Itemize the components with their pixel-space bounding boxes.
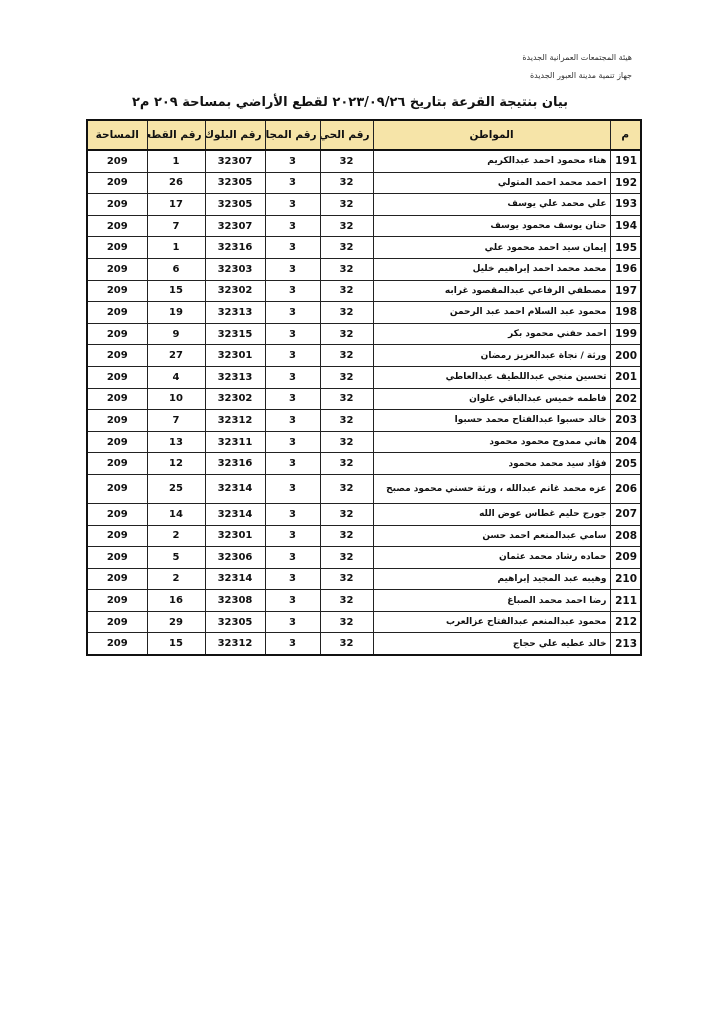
plot-number: 5 bbox=[147, 547, 205, 569]
table-row: 204هاني ممدوح محمود محمود3233231113209 bbox=[87, 431, 641, 453]
citizen-name: خالد حسبوا عبدالفتاح محمد حسبوا bbox=[373, 410, 610, 432]
row-number: 198 bbox=[610, 302, 641, 324]
row-number: 201 bbox=[610, 366, 641, 388]
row-number: 199 bbox=[610, 323, 641, 345]
neighborhood-number: 3 bbox=[265, 547, 320, 569]
citizen-name: احمد حفني محمود بكر bbox=[373, 323, 610, 345]
row-number: 202 bbox=[610, 388, 641, 410]
block-number: 32302 bbox=[205, 388, 265, 410]
col-header-area: المساحة bbox=[87, 120, 147, 150]
area-value: 209 bbox=[87, 150, 147, 172]
neighborhood-number: 3 bbox=[265, 453, 320, 475]
district-number: 32 bbox=[320, 280, 373, 302]
area-value: 209 bbox=[87, 237, 147, 259]
row-number: 194 bbox=[610, 215, 641, 237]
block-number: 32312 bbox=[205, 633, 265, 655]
row-number: 192 bbox=[610, 172, 641, 194]
table-row: 192احمد محمد احمد المتولي3233230526209 bbox=[87, 172, 641, 194]
neighborhood-number: 3 bbox=[265, 503, 320, 525]
plot-number: 6 bbox=[147, 258, 205, 280]
table-row: 197مصطفي الرفاعي عبدالمقصود غرابه3233230… bbox=[87, 280, 641, 302]
citizen-name: محمود عبدالمنعم عبدالفتاح عزالعرب bbox=[373, 611, 610, 633]
district-number: 32 bbox=[320, 410, 373, 432]
row-number: 210 bbox=[610, 568, 641, 590]
block-number: 32314 bbox=[205, 568, 265, 590]
block-number: 32306 bbox=[205, 547, 265, 569]
block-number: 32305 bbox=[205, 611, 265, 633]
citizen-name: علي محمد علي يوسف bbox=[373, 194, 610, 216]
citizen-name: محمود عبد السلام احمد عبد الرحمن bbox=[373, 302, 610, 324]
org-subunit: جهاز تنمية مدينة العبور الجديدة bbox=[530, 71, 632, 80]
neighborhood-number: 3 bbox=[265, 345, 320, 367]
area-value: 209 bbox=[87, 611, 147, 633]
table-row: 193علي محمد علي يوسف3233230517209 bbox=[87, 194, 641, 216]
neighborhood-number: 3 bbox=[265, 172, 320, 194]
block-number: 32303 bbox=[205, 258, 265, 280]
block-number: 32316 bbox=[205, 453, 265, 475]
area-value: 209 bbox=[87, 258, 147, 280]
plot-number: 16 bbox=[147, 590, 205, 612]
neighborhood-number: 3 bbox=[265, 366, 320, 388]
neighborhood-number: 3 bbox=[265, 633, 320, 655]
area-value: 209 bbox=[87, 388, 147, 410]
district-number: 32 bbox=[320, 474, 373, 503]
area-value: 209 bbox=[87, 323, 147, 345]
block-number: 32316 bbox=[205, 237, 265, 259]
plot-number: 9 bbox=[147, 323, 205, 345]
block-number: 32314 bbox=[205, 503, 265, 525]
table-row: 194حنان يوسف محمود يوسف323323077209 bbox=[87, 215, 641, 237]
area-value: 209 bbox=[87, 568, 147, 590]
neighborhood-number: 3 bbox=[265, 568, 320, 590]
plot-number: 1 bbox=[147, 237, 205, 259]
table-row: 209حماده رشاد محمد عثمان323323065209 bbox=[87, 547, 641, 569]
neighborhood-number: 3 bbox=[265, 388, 320, 410]
neighborhood-number: 3 bbox=[265, 150, 320, 172]
district-number: 32 bbox=[320, 150, 373, 172]
area-value: 209 bbox=[87, 547, 147, 569]
block-number: 32314 bbox=[205, 474, 265, 503]
row-number: 203 bbox=[610, 410, 641, 432]
area-value: 209 bbox=[87, 280, 147, 302]
citizen-name: تحسين منجي عبداللطيف عبدالعاطي bbox=[373, 366, 610, 388]
table-row: 195إيمان سيد احمد محمود علي323323161209 bbox=[87, 237, 641, 259]
citizen-name: هناء محمود احمد عبدالكريم bbox=[373, 150, 610, 172]
table-row: 205فؤاد سيد محمد محمود3233231612209 bbox=[87, 453, 641, 475]
table-row: 212محمود عبدالمنعم عبدالفتاح عزالعرب3233… bbox=[87, 611, 641, 633]
col-header-block: رقم البلوك bbox=[205, 120, 265, 150]
plot-number: 13 bbox=[147, 431, 205, 453]
area-value: 209 bbox=[87, 366, 147, 388]
row-number: 197 bbox=[610, 280, 641, 302]
table-row: 196محمد محمد احمد إبراهيم خليل3233230362… bbox=[87, 258, 641, 280]
block-number: 32313 bbox=[205, 302, 265, 324]
row-number: 193 bbox=[610, 194, 641, 216]
neighborhood-number: 3 bbox=[265, 323, 320, 345]
area-value: 209 bbox=[87, 431, 147, 453]
neighborhood-number: 3 bbox=[265, 525, 320, 547]
area-value: 209 bbox=[87, 410, 147, 432]
area-value: 209 bbox=[87, 503, 147, 525]
district-number: 32 bbox=[320, 568, 373, 590]
citizen-name: ورثة / نجاة عبدالعزيز رمضان bbox=[373, 345, 610, 367]
plot-number: 14 bbox=[147, 503, 205, 525]
row-number: 204 bbox=[610, 431, 641, 453]
plot-number: 10 bbox=[147, 388, 205, 410]
district-number: 32 bbox=[320, 453, 373, 475]
district-number: 32 bbox=[320, 611, 373, 633]
neighborhood-number: 3 bbox=[265, 431, 320, 453]
col-header-no: م bbox=[610, 120, 641, 150]
district-number: 32 bbox=[320, 345, 373, 367]
plot-number: 2 bbox=[147, 525, 205, 547]
org-name: هيئة المجتمعات العمرانية الجديدة bbox=[522, 53, 632, 62]
block-number: 32308 bbox=[205, 590, 265, 612]
district-number: 32 bbox=[320, 194, 373, 216]
citizen-name: مصطفي الرفاعي عبدالمقصود غرابه bbox=[373, 280, 610, 302]
area-value: 209 bbox=[87, 474, 147, 503]
district-number: 32 bbox=[320, 547, 373, 569]
table-row: 206عزه محمد غانم عبدالله ، ورثة حسني محم… bbox=[87, 474, 641, 503]
citizen-name: حماده رشاد محمد عثمان bbox=[373, 547, 610, 569]
citizen-name: حنان يوسف محمود يوسف bbox=[373, 215, 610, 237]
table-row: 200ورثة / نجاة عبدالعزيز رمضان3233230127… bbox=[87, 345, 641, 367]
citizen-name: هاني ممدوح محمود محمود bbox=[373, 431, 610, 453]
plot-number: 19 bbox=[147, 302, 205, 324]
area-value: 209 bbox=[87, 453, 147, 475]
plot-number: 2 bbox=[147, 568, 205, 590]
block-number: 32315 bbox=[205, 323, 265, 345]
table-row: 207جورج حليم غطاس عوض الله3233231414209 bbox=[87, 503, 641, 525]
plot-number: 1 bbox=[147, 150, 205, 172]
area-value: 209 bbox=[87, 590, 147, 612]
citizen-name: فاطمه خميس عبدالباقي علوان bbox=[373, 388, 610, 410]
district-number: 32 bbox=[320, 525, 373, 547]
block-number: 32307 bbox=[205, 215, 265, 237]
citizen-name: جورج حليم غطاس عوض الله bbox=[373, 503, 610, 525]
district-number: 32 bbox=[320, 302, 373, 324]
neighborhood-number: 3 bbox=[265, 258, 320, 280]
row-number: 200 bbox=[610, 345, 641, 367]
district-number: 32 bbox=[320, 503, 373, 525]
row-number: 208 bbox=[610, 525, 641, 547]
row-number: 195 bbox=[610, 237, 641, 259]
block-number: 32311 bbox=[205, 431, 265, 453]
table-row: 213خالد عطيه علي حجاج3233231215209 bbox=[87, 633, 641, 655]
citizen-name: سامي عبدالمنعم احمد حسن bbox=[373, 525, 610, 547]
block-number: 32312 bbox=[205, 410, 265, 432]
neighborhood-number: 3 bbox=[265, 194, 320, 216]
plot-number: 26 bbox=[147, 172, 205, 194]
table-row: 201تحسين منجي عبداللطيف عبدالعاطي3233231… bbox=[87, 366, 641, 388]
district-number: 32 bbox=[320, 366, 373, 388]
citizen-name: إيمان سيد احمد محمود علي bbox=[373, 237, 610, 259]
table-header-row: م المواطن رقم الحي رقم المجاورة رقم البل… bbox=[87, 120, 641, 150]
district-number: 32 bbox=[320, 237, 373, 259]
area-value: 209 bbox=[87, 215, 147, 237]
block-number: 32305 bbox=[205, 194, 265, 216]
row-number: 211 bbox=[610, 590, 641, 612]
citizen-name: وهيبه عبد المجيد إبراهيم bbox=[373, 568, 610, 590]
results-table: م المواطن رقم الحي رقم المجاورة رقم البل… bbox=[86, 119, 642, 656]
plot-number: 29 bbox=[147, 611, 205, 633]
block-number: 32302 bbox=[205, 280, 265, 302]
row-number: 212 bbox=[610, 611, 641, 633]
block-number: 32313 bbox=[205, 366, 265, 388]
area-value: 209 bbox=[87, 172, 147, 194]
block-number: 32307 bbox=[205, 150, 265, 172]
row-number: 205 bbox=[610, 453, 641, 475]
table-row: 198محمود عبد السلام احمد عبد الرحمن32332… bbox=[87, 302, 641, 324]
block-number: 32301 bbox=[205, 525, 265, 547]
citizen-name: فؤاد سيد محمد محمود bbox=[373, 453, 610, 475]
district-number: 32 bbox=[320, 258, 373, 280]
area-value: 209 bbox=[87, 525, 147, 547]
block-number: 32305 bbox=[205, 172, 265, 194]
neighborhood-number: 3 bbox=[265, 590, 320, 612]
district-number: 32 bbox=[320, 388, 373, 410]
neighborhood-number: 3 bbox=[265, 280, 320, 302]
neighborhood-number: 3 bbox=[265, 302, 320, 324]
neighborhood-number: 3 bbox=[265, 611, 320, 633]
neighborhood-number: 3 bbox=[265, 474, 320, 503]
row-number: 207 bbox=[610, 503, 641, 525]
citizen-name: رضا احمد محمد الصباغ bbox=[373, 590, 610, 612]
district-number: 32 bbox=[320, 590, 373, 612]
area-value: 209 bbox=[87, 633, 147, 655]
district-number: 32 bbox=[320, 215, 373, 237]
district-number: 32 bbox=[320, 633, 373, 655]
plot-number: 12 bbox=[147, 453, 205, 475]
plot-number: 17 bbox=[147, 194, 205, 216]
citizen-name: محمد محمد احمد إبراهيم خليل bbox=[373, 258, 610, 280]
district-number: 32 bbox=[320, 172, 373, 194]
citizen-name: احمد محمد احمد المتولي bbox=[373, 172, 610, 194]
plot-number: 27 bbox=[147, 345, 205, 367]
table-row: 203خالد حسبوا عبدالفتاح محمد حسبوا323323… bbox=[87, 410, 641, 432]
district-number: 32 bbox=[320, 431, 373, 453]
table-row: 202فاطمه خميس عبدالباقي علوان32332302102… bbox=[87, 388, 641, 410]
table-row: 191هناء محمود احمد عبدالكريم323323071209 bbox=[87, 150, 641, 172]
col-header-plot: رقم القطعة bbox=[147, 120, 205, 150]
table-row: 199احمد حفني محمود بكر323323159209 bbox=[87, 323, 641, 345]
plot-number: 7 bbox=[147, 410, 205, 432]
table-row: 208سامي عبدالمنعم احمد حسن323323012209 bbox=[87, 525, 641, 547]
row-number: 196 bbox=[610, 258, 641, 280]
block-number: 32301 bbox=[205, 345, 265, 367]
plot-number: 25 bbox=[147, 474, 205, 503]
neighborhood-number: 3 bbox=[265, 215, 320, 237]
table-row: 210وهيبه عبد المجيد إبراهيم323323142209 bbox=[87, 568, 641, 590]
neighborhood-number: 3 bbox=[265, 237, 320, 259]
row-number: 213 bbox=[610, 633, 641, 655]
area-value: 209 bbox=[87, 302, 147, 324]
document-title: بيان بنتيجة القرعة بتاريخ ٢٠٢٣/٠٩/٢٦ لقط… bbox=[110, 95, 590, 110]
area-value: 209 bbox=[87, 345, 147, 367]
plot-number: 15 bbox=[147, 633, 205, 655]
col-header-citizen: المواطن bbox=[373, 120, 610, 150]
row-number: 191 bbox=[610, 150, 641, 172]
col-header-neighborhood: رقم المجاورة bbox=[265, 120, 320, 150]
citizen-name: خالد عطيه علي حجاج bbox=[373, 633, 610, 655]
citizen-name: عزه محمد غانم عبدالله ، ورثة حسني محمود … bbox=[373, 474, 610, 503]
area-value: 209 bbox=[87, 194, 147, 216]
plot-number: 4 bbox=[147, 366, 205, 388]
plot-number: 15 bbox=[147, 280, 205, 302]
row-number: 206 bbox=[610, 474, 641, 503]
row-number: 209 bbox=[610, 547, 641, 569]
district-number: 32 bbox=[320, 323, 373, 345]
table-row: 211رضا احمد محمد الصباغ3233230816209 bbox=[87, 590, 641, 612]
plot-number: 7 bbox=[147, 215, 205, 237]
col-header-district: رقم الحي bbox=[320, 120, 373, 150]
neighborhood-number: 3 bbox=[265, 410, 320, 432]
